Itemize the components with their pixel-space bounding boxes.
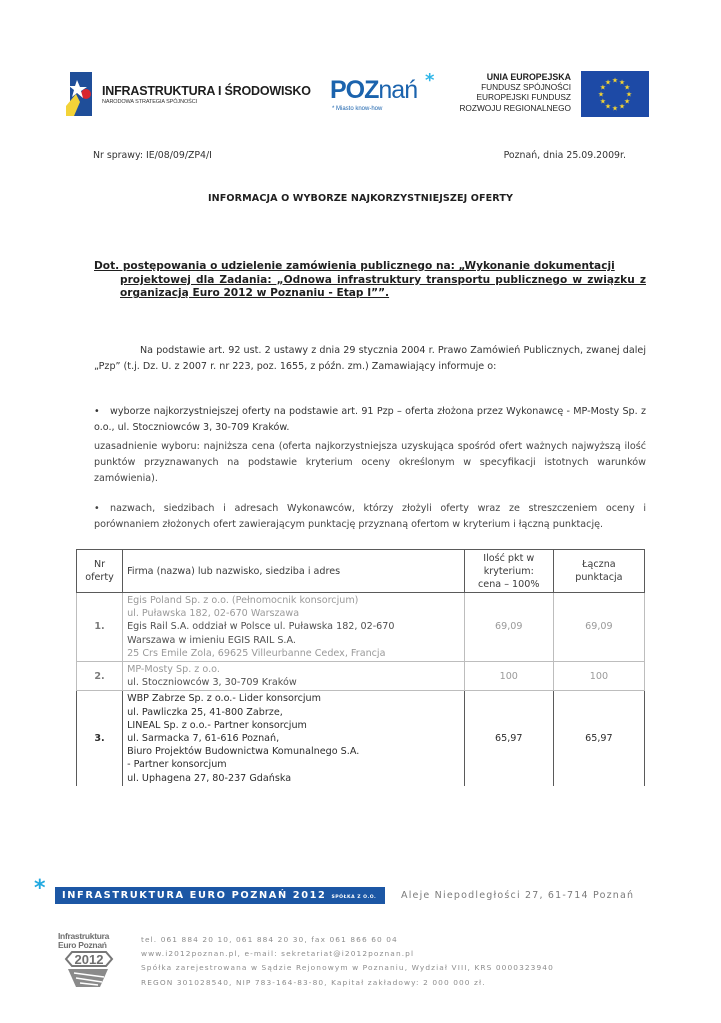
program-flag-icon [66, 72, 94, 116]
header-points-line-3: cena – 100% [469, 578, 549, 591]
svg-text:★: ★ [612, 77, 618, 85]
offer-total: 100 [553, 662, 644, 691]
footer-company-suffix: SPÓŁKA Z O.O. [331, 895, 376, 900]
table-row: 3. WBP Zabrze Sp. z o.o.- Lider konsorcj… [77, 691, 645, 786]
footer-web-email: www.i2012poznan.pl, e-mail: sekretariat@… [141, 947, 554, 961]
table-row: 1. Egis Poland Sp. z o.o. (Pełnomocnik k… [77, 593, 645, 662]
eu-flag-icon: ★★★★★★★★★★★★ [581, 71, 649, 117]
firm-line: 25 Crs Emile Zola, 69625 Villeurbanne Ce… [127, 647, 460, 660]
firm-line: WBP Zabrze Sp. z o.o.- Lider konsorcjum [127, 692, 460, 705]
eu-line-1: UNIA EUROPEJSKA [459, 72, 571, 82]
footer-contact: tel. 061 884 20 10, 061 884 20 30, fax 0… [141, 933, 554, 990]
header-total-score: Łączna punktacja [553, 550, 644, 593]
firm-line: MP-Mosty Sp. z o.o. [127, 663, 460, 676]
header-total-line-2: punktacja [558, 571, 640, 584]
firm-line: ul. Pawliczka 25, 41-800 Zabrze, [127, 706, 460, 719]
firm-line: - Partner konsorcjum [127, 758, 460, 771]
svg-text:★: ★ [624, 84, 630, 92]
offer-firm: MP-Mosty Sp. z o.o. ul. Stoczniowców 3, … [123, 662, 465, 691]
firm-line: LINEAL Sp. z o.o.- Partner konsorcjum [127, 719, 460, 732]
svg-text:★: ★ [600, 98, 606, 106]
footer-registration: Spółka zarejestrowana w Sądzie Rejonowym… [141, 961, 554, 975]
subject-line: Dot. postępowania o udzielenie zamówieni… [94, 260, 646, 301]
header-total-line-1: Łączna [558, 558, 640, 571]
header-firm: Firma (nazwa) lub nazwisko, siedziba i a… [123, 550, 465, 593]
offer-total: 69,09 [553, 593, 644, 662]
poznan-wordmark-upper: POZ [330, 76, 378, 104]
poznan-wordmark-lower: nań [378, 76, 417, 104]
header-nr-line-2: oferty [81, 571, 118, 584]
firm-line: ul. Sarmacka 7, 61-616 Poznań, [127, 732, 460, 745]
poznan-tagline: * Miasto know-how [332, 106, 382, 112]
offer-points: 100 [464, 662, 553, 691]
logo-is-title: INFRASTRUKTURA I ŚRODOWISKO [102, 84, 311, 98]
header-points-line-1: Ilość pkt w [469, 552, 549, 565]
selection-justification: uzasadnienie wyboru: najniższa cena (ofe… [94, 439, 646, 488]
footer-phone: tel. 061 884 20 10, 061 884 20 30, fax 0… [141, 933, 554, 947]
poznan-logo: POZnań * * Miasto know-how [330, 72, 440, 116]
euro2012-emblem-icon: 2012 [58, 951, 120, 989]
firm-line: ul. Uphagena 27, 80-237 Gdańska [127, 772, 460, 785]
table-row: 2. MP-Mosty Sp. z o.o. ul. Stoczniowców … [77, 662, 645, 691]
infrastruktura-i-srodowisko-logo: INFRASTRUKTURA I ŚRODOWISKO NARODOWA STR… [66, 72, 296, 116]
eu-logo-text: UNIA EUROPEJSKA FUNDUSZ SPÓJNOŚCI EUROPE… [459, 72, 571, 113]
offer-number: 3. [77, 691, 123, 786]
svg-text:★: ★ [612, 105, 618, 113]
svg-text:★: ★ [605, 78, 611, 86]
bullet-icon: • [94, 404, 110, 420]
bullet-contractors-text: nazwach, siedzibach i adresach Wykonawcó… [94, 503, 646, 530]
footer-logo-line-2: Euro Poznań [58, 941, 107, 950]
subject-line-1: Dot. postępowania o udzielenie zamówieni… [94, 260, 615, 272]
header-offer-number: Nr oferty [77, 550, 123, 593]
place-date: Poznań, dnia 25.09.2009r. [504, 150, 626, 161]
offer-number: 1. [77, 593, 123, 662]
eu-logo: UNIA EUROPEJSKA FUNDUSZ SPÓJNOŚCI EUROPE… [477, 71, 649, 117]
svg-text:★: ★ [598, 91, 604, 99]
header-points-line-2: kryterium: [469, 565, 549, 578]
header-nr-line-1: Nr [81, 558, 118, 571]
poznan-wordmark: POZnań [330, 76, 417, 105]
offer-points: 65,97 [464, 691, 553, 786]
offer-number: 2. [77, 662, 123, 691]
offer-total: 65,97 [553, 691, 644, 786]
firm-line: Egis Rail S.A. oddział w Polsce ul. Puła… [127, 620, 460, 633]
firm-line: Egis Poland Sp. z o.o. (Pełnomocnik kons… [127, 594, 460, 607]
firm-line: ul. Stoczniowców 3, 30-709 Kraków [127, 676, 460, 689]
case-number: Nr sprawy: IE/08/09/ZP4/I [93, 150, 212, 161]
intro-paragraph: Na podstawie art. 92 ust. 2 ustawy z dni… [94, 343, 646, 375]
svg-text:★: ★ [619, 103, 625, 111]
footer-address: Aleje Niepodległości 27, 61-714 Poznań [401, 890, 634, 901]
bullet-selected-offer-text: wyborze najkorzystniejszej oferty na pod… [94, 406, 646, 433]
document-title: INFORMACJA O WYBORZE NAJKORZYSTNIEJSZEJ … [0, 193, 721, 204]
offer-firm: WBP Zabrze Sp. z o.o.- Lider konsorcjum … [123, 691, 465, 786]
eu-line-2: FUNDUSZ SPÓJNOŚCI [459, 82, 571, 92]
offer-firm: Egis Poland Sp. z o.o. (Pełnomocnik kons… [123, 593, 465, 662]
offer-points: 69,09 [464, 593, 553, 662]
firm-line: ul. Puławska 182, 02-670 Warszawa [127, 607, 460, 620]
offers-table: Nr oferty Firma (nazwa) lub nazwisko, si… [76, 549, 645, 786]
firm-line: Biuro Projektów Budownictwa Komunalnego … [127, 745, 460, 758]
eu-line-3: EUROPEJSKI FUNDUSZ [459, 92, 571, 102]
table-header-row: Nr oferty Firma (nazwa) lub nazwisko, si… [77, 550, 645, 593]
footer-euro2012-logo: Infrastruktura Euro Poznań 2012 [58, 932, 126, 990]
bullet-icon: • [94, 501, 110, 517]
footer-company-bar: INFRASTRUKTURA EURO POZNAŃ 2012 SPÓŁKA Z… [55, 887, 385, 904]
eu-line-4: ROZWOJU REGIONALNEGO [459, 103, 571, 113]
footer-regon-nip: REGON 301028540, NIP 783-164-83-80, Kapi… [141, 976, 554, 990]
footer-company-name: INFRASTRUKTURA EURO POZNAŃ 2012 [62, 890, 326, 901]
svg-text:2012: 2012 [75, 952, 104, 967]
bullet-selected-offer: •wyborze najkorzystniejszej oferty na po… [94, 404, 646, 436]
poznan-star-icon: * [425, 70, 434, 91]
firm-line: Warszawa w imieniu EGIS RAIL S.A. [127, 634, 460, 647]
logo-is-subtitle: NARODOWA STRATEGIA SPÓJNOŚCI [102, 99, 197, 105]
subject-line-2: projektowej dla Zadania: „Odnowa infrast… [94, 274, 646, 301]
header-criterion-points: Ilość pkt w kryterium: cena – 100% [464, 550, 553, 593]
footer-star-icon: * [34, 878, 46, 900]
bullet-contractors-list: •nazwach, siedzibach i adresach Wykonawc… [94, 501, 646, 533]
